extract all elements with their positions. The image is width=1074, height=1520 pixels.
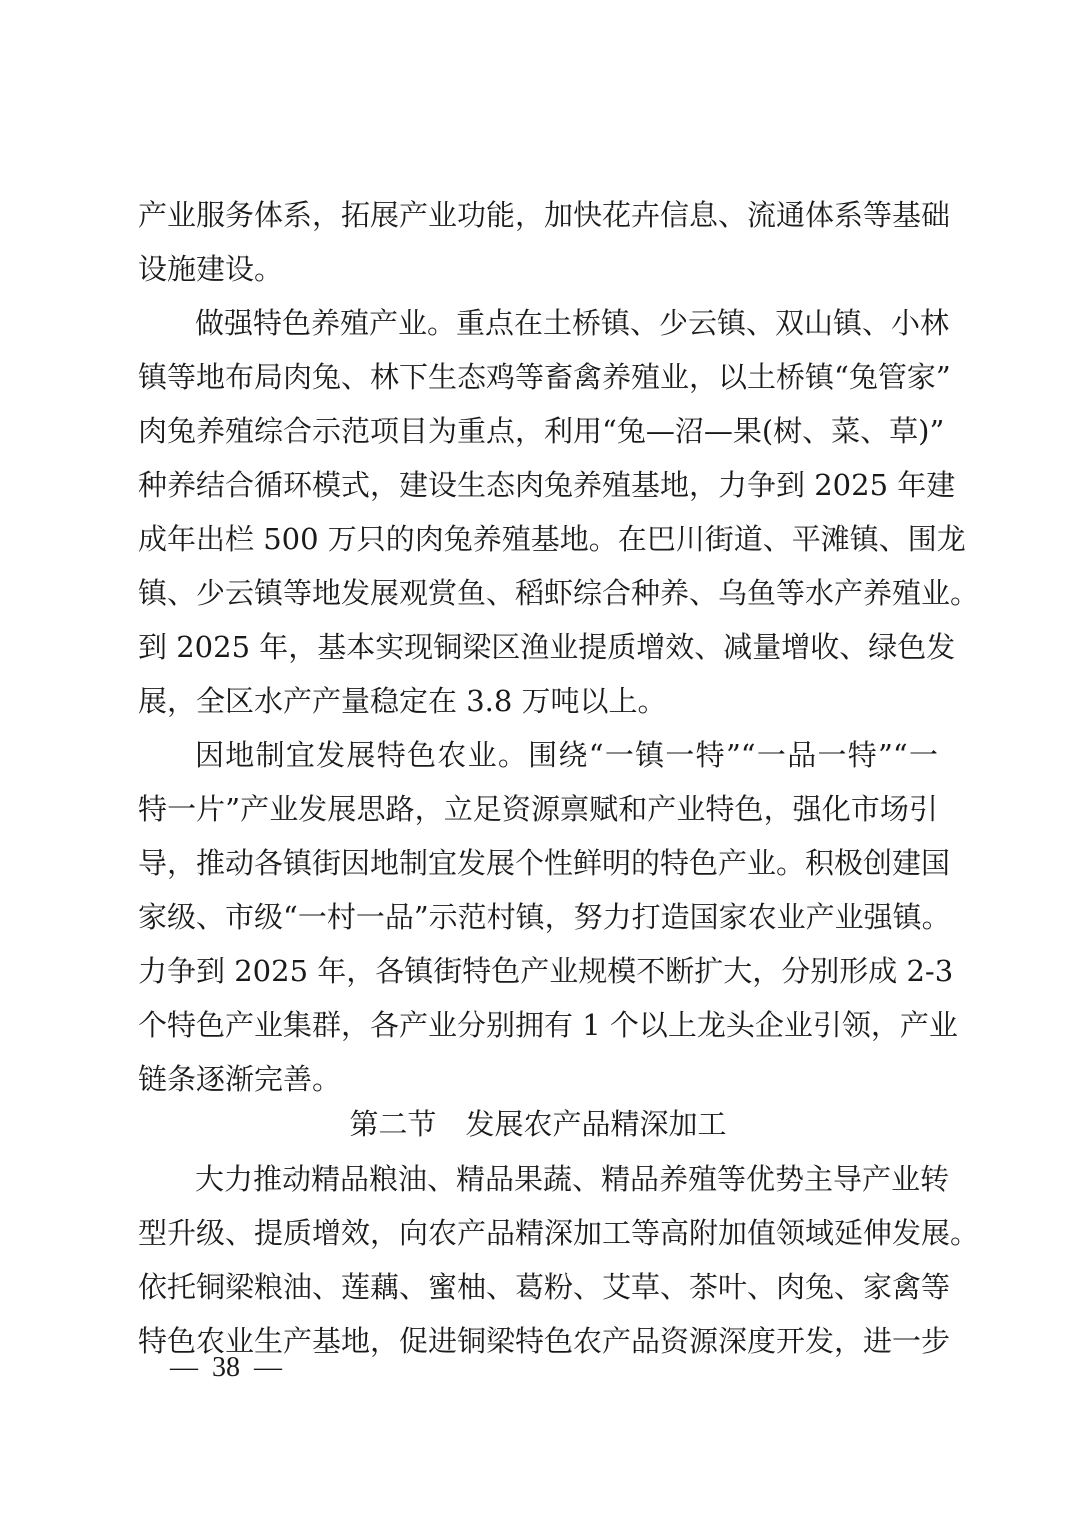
text-line: 家级、市级“一村一品”示范村镇，努力打造国家农业产业强镇。 xyxy=(138,897,938,937)
text-line: 个特色产业集群，各产业分别拥有 1 个以上龙头企业引领，产业 xyxy=(138,1005,938,1045)
paragraph-first-line: 做强特色养殖产业。重点在土桥镇、少云镇、双山镇、小林 xyxy=(195,303,938,343)
text-line: 镇等地布局肉兔、林下生态鸡等畜禽养殖业，以土桥镇“兔管家” xyxy=(138,357,938,397)
text-line: 镇、少云镇等地发展观赏鱼、稻虾综合种养、乌鱼等水产养殖业。 xyxy=(138,573,938,613)
text-line: 种养结合循环模式，建设生态肉兔养殖基地，力争到 2025 年建 xyxy=(138,465,938,505)
section-heading: 第二节 发展农产品精深加工 xyxy=(138,1104,938,1144)
text-line: 设施建设。 xyxy=(138,249,938,289)
text-line: 链条逐渐完善。 xyxy=(138,1059,938,1099)
document-page: 产业服务体系，拓展产业功能，加快花卉信息、流通体系等基础 设施建设。 做强特色养… xyxy=(0,0,1074,1520)
text-line: 依托铜梁粮油、莲藕、蜜柚、葛粉、艾草、茶叶、肉兔、家禽等 xyxy=(138,1267,938,1307)
text-line: 到 2025 年，基本实现铜梁区渔业提质增效、减量增收、绿色发 xyxy=(138,627,938,667)
paragraph-first-line: 大力推动精品粮油、精品果蔬、精品养殖等优势主导产业转 xyxy=(195,1159,938,1199)
text-line: 特一片”产业发展思路，立足资源禀赋和产业特色，强化市场引 xyxy=(138,789,938,829)
text-line: 型升级、提质增效，向农产品精深加工等高附加值领域延伸发展。 xyxy=(138,1213,938,1253)
text-line: 肉兔养殖综合示范项目为重点，利用“兔—沼—果(树、菜、草)” xyxy=(138,411,938,451)
text-line: 展，全区水产产量稳定在 3.8 万吨以上。 xyxy=(138,681,938,721)
page-number: — 38 — xyxy=(170,1350,282,1386)
text-line: 产业服务体系，拓展产业功能，加快花卉信息、流通体系等基础 xyxy=(138,195,938,235)
paragraph-first-line: 因地制宜发展特色农业。围绕“一镇一特”“一品一特”“一 xyxy=(195,735,938,775)
text-line: 力争到 2025 年，各镇街特色产业规模不断扩大，分别形成 2-3 xyxy=(138,951,938,991)
text-line: 成年出栏 500 万只的肉兔养殖基地。在巴川街道、平滩镇、围龙 xyxy=(138,519,938,559)
text-line: 导，推动各镇街因地制宜发展个性鲜明的特色产业。积极创建国 xyxy=(138,843,938,883)
